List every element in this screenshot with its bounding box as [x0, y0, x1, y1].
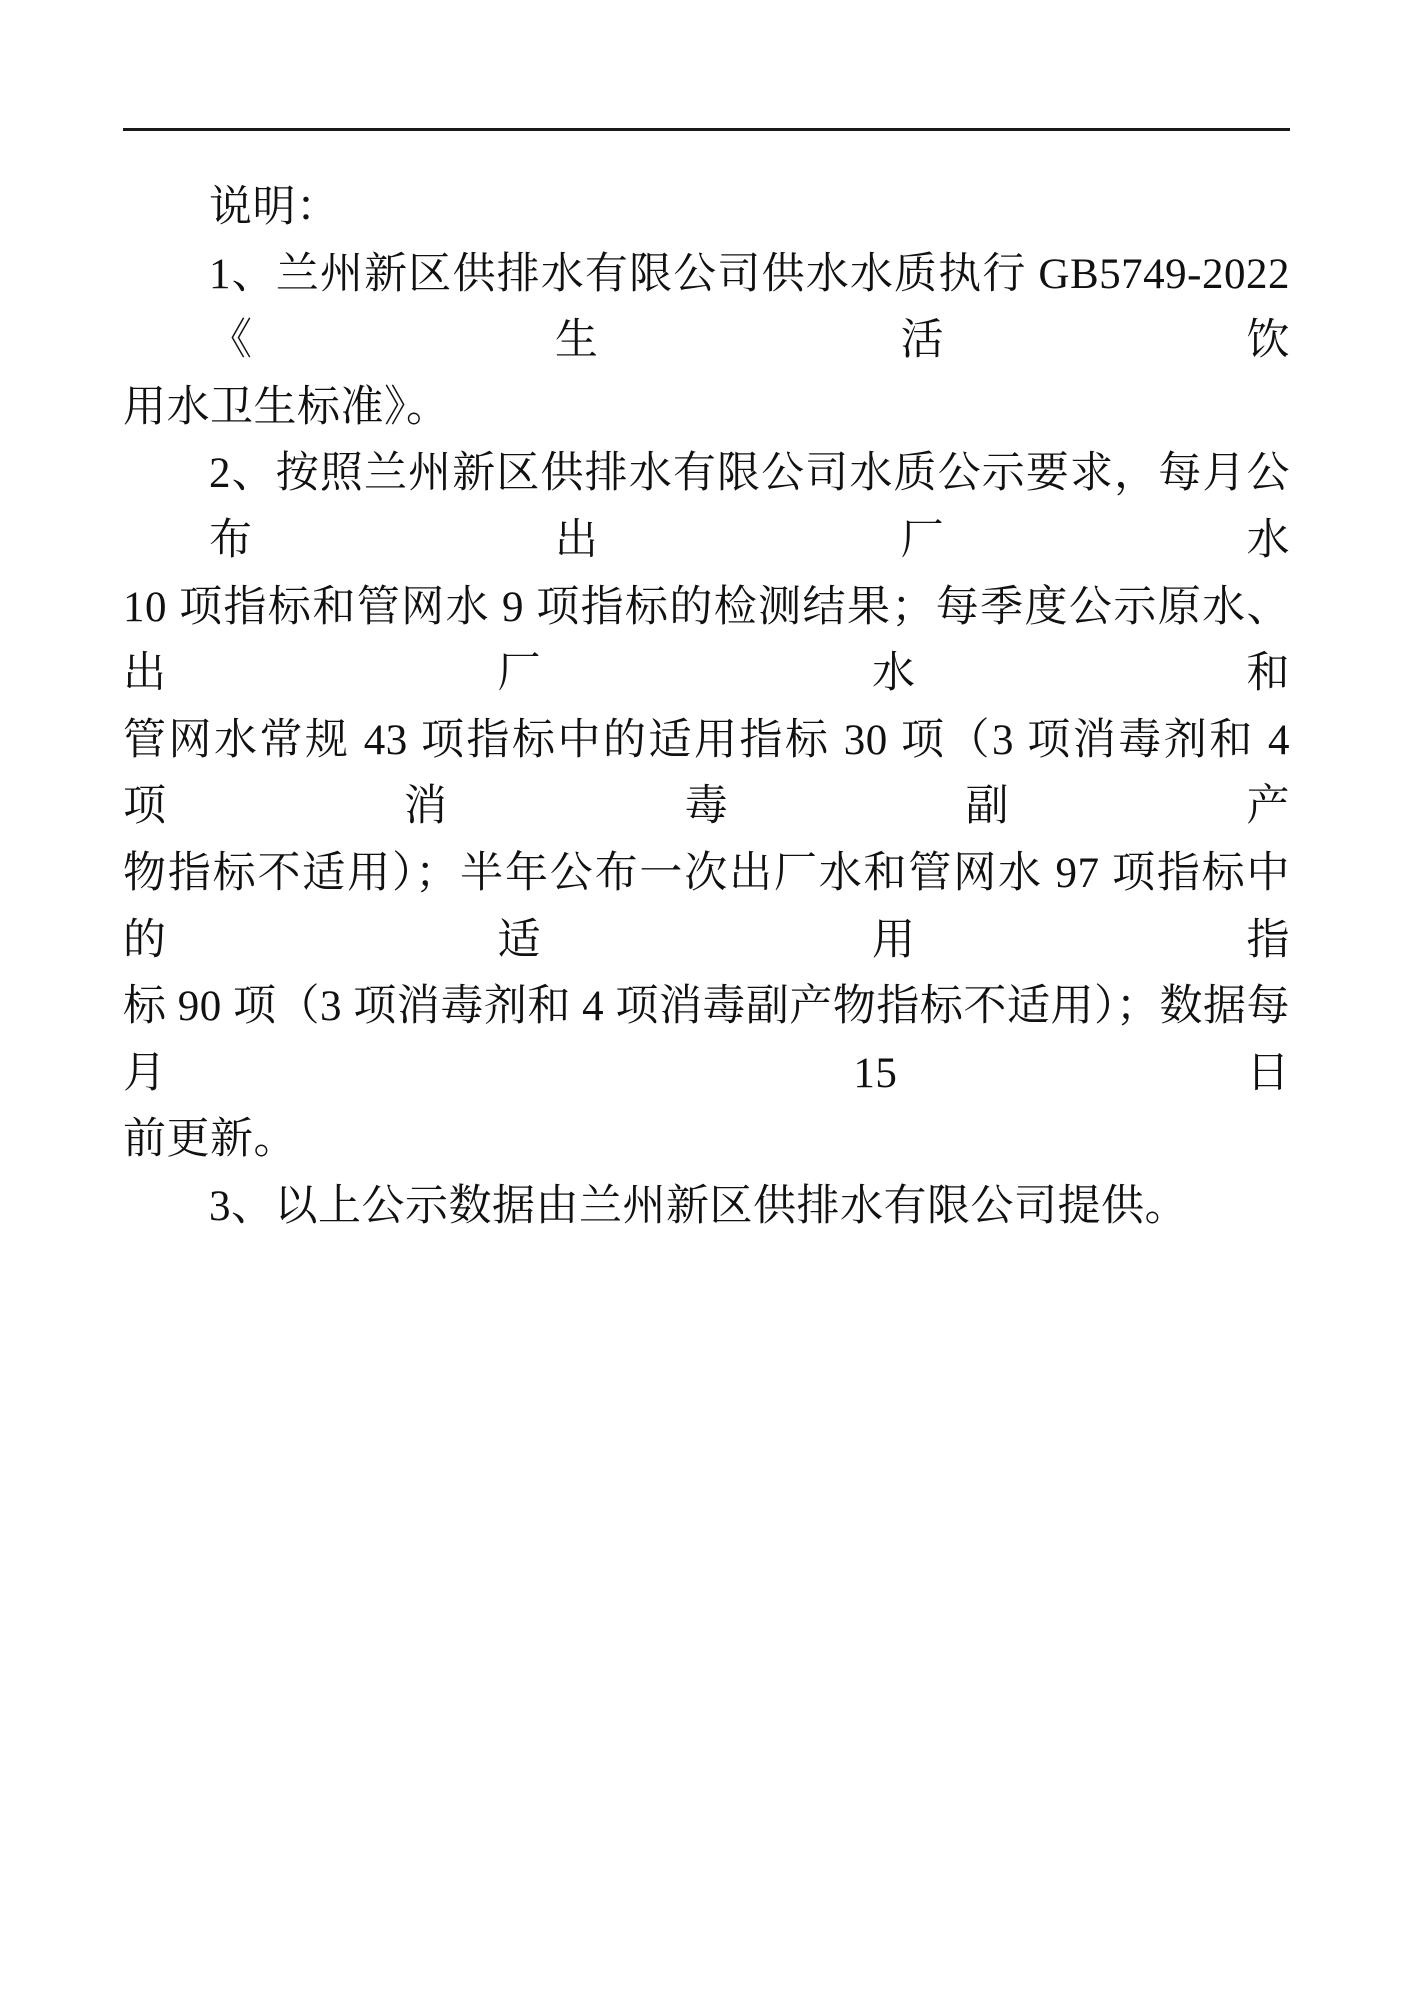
note-2-line-3: 管网水常规 43 项指标中的适用指标 30 项（3 项消毒剂和 4 项消毒副产: [123, 708, 1290, 841]
document-page: 说明： 1、兰州新区供排水有限公司供水水质执行 GB5749-2022《生活饮 …: [0, 0, 1414, 1999]
note-2-line-4: 物指标不适用）；半年公布一次出厂水和管网水 97 项指标中的适用指: [123, 841, 1290, 974]
note-2-line-5: 标 90 项（3 项消毒剂和 4 项消毒副产物指标不适用）；数据每月 15 日: [123, 974, 1290, 1107]
notes-section: 说明： 1、兰州新区供排水有限公司供水水质执行 GB5749-2022《生活饮 …: [123, 175, 1290, 1241]
note-3-line-1: 3、以上公示数据由兰州新区供排水有限公司提供。: [123, 1174, 1290, 1241]
note-1-line-1: 1、兰州新区供排水有限公司供水水质执行 GB5749-2022《生活饮: [123, 242, 1290, 375]
note-1-line-2: 用水卫生标准》。: [123, 375, 1290, 442]
note-2-line-6: 前更新。: [123, 1107, 1290, 1174]
header-divider-rule: [123, 128, 1290, 131]
notes-heading: 说明：: [123, 175, 1290, 242]
note-2-line-2: 10 项指标和管网水 9 项指标的检测结果；每季度公示原水、出厂水和: [123, 575, 1290, 708]
note-2-line-1: 2、按照兰州新区供排水有限公司水质公示要求，每月公布出厂水: [123, 441, 1290, 574]
